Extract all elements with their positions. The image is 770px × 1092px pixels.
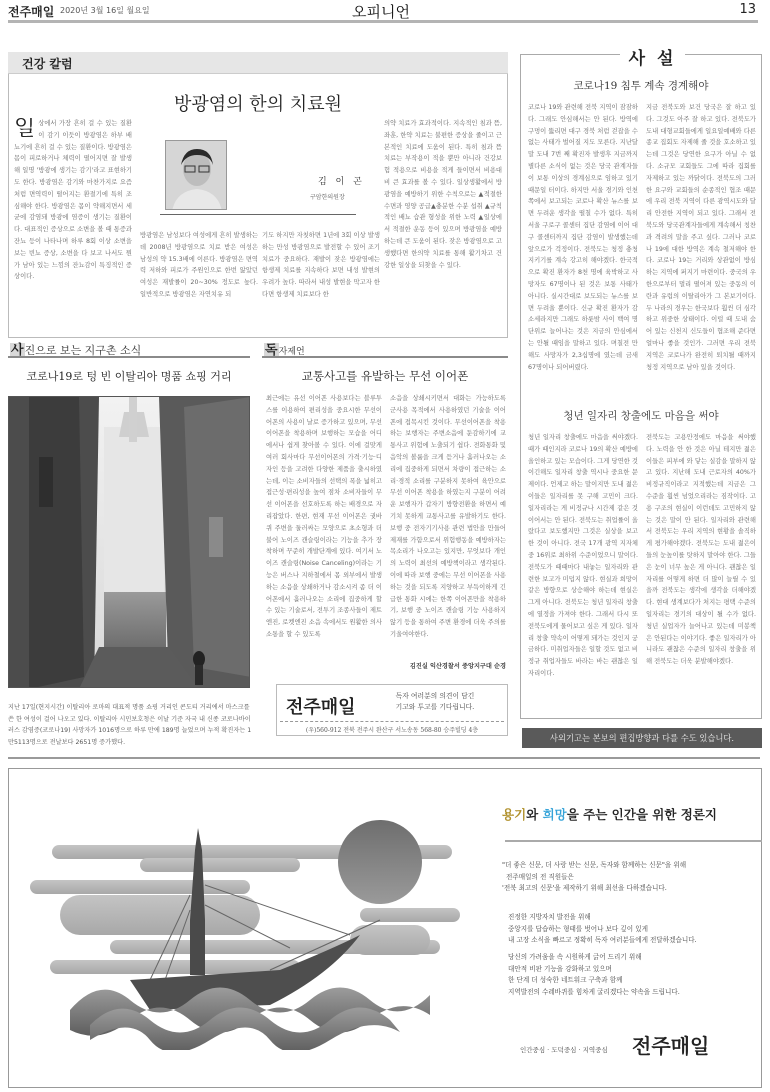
health-column-text-3: 기도 하지만 자칫하면 1년에 3회 이상 발생하는 만성 방광염으로 발전할 … — [262, 230, 380, 330]
contribution-box-address: (우)560-912 전북 전주시 완산구 서노송동 568-80 승주빌딩 4… — [276, 725, 508, 734]
editorial-headline-1: 코로나19 침투 계속 경계해야 — [520, 78, 762, 93]
page-number: 13 — [739, 2, 756, 17]
editorial-disclaimer-bar: 사외기고는 본보의 편집방향과 다를 수도 있습니다. — [522, 728, 762, 748]
editorial-1-text-2: 지금 전북도와 보건 당국은 잘 하고 있다. 그것도 아주 잘 하고 있다. … — [646, 102, 756, 392]
ad-paragraph-1: "더 좋은 신문, 더 사랑 받는 신문, 독자와 함께하는 신문"을 위해 전… — [502, 860, 686, 895]
health-column-label: 건강 칼럼 — [22, 55, 73, 72]
ad-headline-rule — [505, 840, 762, 842]
ad-headline: 용기와 희망을 주는 인간을 위한 정론지 — [502, 805, 717, 823]
author-portrait-icon — [166, 141, 227, 210]
pen-ship-icon — [30, 800, 470, 1050]
health-column-text-4: 의약 치료가 효과적이다. 지속적인 침과 뜸, 좌훈, 한약 치료는 불편한 … — [384, 118, 502, 330]
author-name: 김 이 곤 — [318, 174, 365, 187]
contribution-box-divider — [280, 721, 504, 722]
ad-logo: 전주매일 — [632, 1030, 709, 1059]
contribution-box-logo: 전주매일 — [286, 693, 356, 719]
street-photo-image — [9, 397, 250, 688]
photo-news-section-rule — [8, 356, 250, 358]
ad-paragraph-2: 진정한 지방자치 발전을 위해 중앙지를 답습하는 형태를 벗어나 보다 깊이 … — [508, 912, 697, 947]
ad-slogan: 인간중심 · 도덕중심 · 지역중심 — [520, 1045, 608, 1054]
dropcap: 일 — [14, 118, 35, 140]
photo-news-title: 코로나19로 텅 빈 이탈리아 명품 쇼핑 거리 — [8, 368, 250, 384]
photo-caption: 지난 17일(현지시간) 이탈리아 로마의 대표적 명품 쇼핑 거리인 콘도티 … — [8, 702, 253, 748]
masthead-divider — [8, 20, 758, 23]
editorial-2-text-1: 청년 일자리 창출에도 마음을 써야겠다. 때가 때인지라 코로나 19의 확산… — [528, 432, 638, 716]
contribution-box-message: 독자 여러분의 의견이 담긴 기고와 투고를 기다립니다. — [380, 691, 490, 713]
reader-opinion-text-2: 소음을 상쇄시키면서 대화는 가능하도록 군사용 목적에서 사용하였던 기술을 … — [390, 393, 506, 655]
masthead-section: 오피니언 — [352, 1, 410, 22]
editorial-2-text-2: 전북도는 고용안정에도 마음을 써야했다. 노력을 안 한 것은 아닐 테지만 … — [646, 432, 756, 716]
reader-opinion-title: 교통사고를 유발하는 무선 이어폰 — [262, 368, 508, 384]
reader-opinion-text-1: 최근에는 유선 이어폰 사용보다는 블루투스를 이용하여 편리성을 중요시한 무… — [266, 393, 382, 673]
masthead-date: 2020년 3월 16일 월요일 — [60, 5, 150, 16]
editorial-1-text-1: 코로나 19와 관련해 전북 지역이 잠잠하다. 그래도 안심해서는 안 된다.… — [528, 102, 638, 392]
reader-opinion-byline: 김진실 익산경찰서 중앙지구대 순경 — [390, 661, 506, 670]
ad-paragraph-3: 당신의 가려움을 속 시원하게 긁어 드리기 위해 대안적 비판 기능을 강화하… — [508, 952, 680, 998]
health-column-header — [8, 52, 508, 74]
masthead-paper-name: 전주매일 — [8, 3, 54, 20]
reader-opinion-section-rule — [262, 356, 508, 358]
page-divider — [8, 757, 760, 759]
author-role: 구암한의원장 — [310, 192, 345, 201]
ship-illustration — [30, 800, 470, 1050]
author-photo — [165, 140, 227, 210]
author-divider — [160, 214, 356, 215]
health-column-text-1: 일 상에서 가장 흔히 걸 수 있는 질환이 감기 이듯이 방광염은 하부 배뇨… — [14, 118, 132, 328]
health-column-title: 방광염의 한의 치료원 — [8, 90, 508, 116]
health-column-text-2: 방광염은 남성보다 여성에게 흔히 발생하는데 2008년 방광염으로 치료 받… — [140, 230, 258, 330]
editorial-headline-2: 청년 일자리 창출에도 마음을 써야 — [520, 408, 762, 423]
photo-rome-street — [8, 396, 250, 688]
editorial-section-title: 사 설 — [620, 44, 685, 69]
